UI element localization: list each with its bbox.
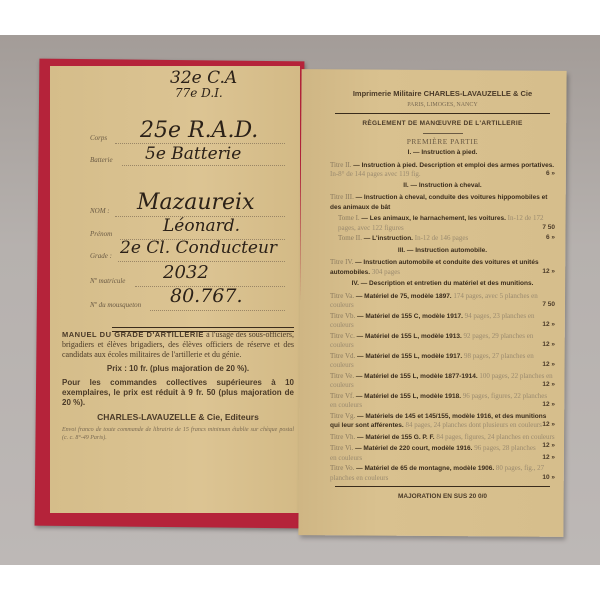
catalog-entry: Tome II. — L'instruction. In-12 de 146 p… <box>330 234 555 244</box>
header-rule <box>335 113 550 114</box>
field-value-grade: 2e Cl. Conducteur <box>120 238 277 258</box>
handwritten-corps-army: 32e C.A <box>170 68 237 88</box>
printer-cities: PARIS, LIMOGES, NANCY <box>330 101 555 110</box>
field-value-nom: Mazaureix <box>137 190 255 215</box>
section-heading: I. — Instruction à pied. <box>330 149 555 158</box>
field-label-matricule: Nº matricule <box>90 277 125 285</box>
section-heading: II. — Instruction à cheval. <box>330 182 555 191</box>
catalog-entry: Titre Vo. — Matériel de 65 de montagne, … <box>330 464 555 482</box>
footer-rule <box>335 486 550 487</box>
field-label-prenom: Prénom <box>90 230 112 238</box>
section-heading: IV. — Description et entretien du matéri… <box>330 280 555 289</box>
regulation-title: RÈGLEMENT DE MANŒUVRE DE L'ARTILLERIE <box>330 120 555 129</box>
field-label-nom: NOM : <box>90 207 110 215</box>
field-label-batterie: Batterie <box>90 156 113 164</box>
catalog-entry: Titre Vc. — Matériel de 155 L, modèle 19… <box>330 332 555 350</box>
catalog-entry: Titre Vf. — Matériel de 155 L, modèle 19… <box>330 392 555 410</box>
catalog-entry: Titre IV. — Instruction automobile et co… <box>330 258 555 277</box>
catalog-entry: Titre Vh. — Matériel de 155 G. P. F. 84 … <box>330 433 555 443</box>
field-label-mousqueton: Nº du mousqueton <box>90 301 141 309</box>
catalog-entry: Titre Vg. — Matériels de 145 et 145/155,… <box>330 412 555 431</box>
field-rule <box>122 165 285 166</box>
field-value-prenom: Léonard. <box>163 216 240 236</box>
field-value-mousqueton: 80.767. <box>170 285 243 307</box>
manual-advertisement: MANUEL DU GRADE D'ARTILLERIE à l'usage d… <box>62 330 294 446</box>
advert-title: MANUEL DU GRADE D'ARTILLERIE <box>62 330 204 339</box>
printer-name: Imprimerie Militaire CHARLES-LAVAUZELLE … <box>330 90 555 99</box>
catalog-entry: Titre Va. — Matériel de 75, modèle 1897.… <box>330 292 555 310</box>
field-value-corps: 25e R.A.D. <box>140 118 258 143</box>
advert-bulk-price: Pour les commandes collectives supérieur… <box>62 378 294 408</box>
catalog-entry: Titre Vd. — Matériel de 155 L, modèle 19… <box>330 352 555 370</box>
catalog-entry: Titre Vb. — Matériel de 155 C, modèle 19… <box>330 312 555 330</box>
field-label-corps: Corps <box>90 134 107 142</box>
field-value-batterie: 5e Batterie <box>145 144 241 164</box>
catalog-entry: Titre Vi. — Matériel de 220 court, modèl… <box>330 444 555 462</box>
field-value-matricule: 2032 <box>163 262 209 283</box>
catalog-entry: Titre II. — Instruction à pied. Descript… <box>330 161 555 179</box>
catalog-entry: Titre Ve. — Matériel de 155 L, modèle 18… <box>330 372 555 390</box>
advert-footnote: Envoi franco de toute commande de librai… <box>62 426 294 442</box>
field-label-grade: Grade : <box>90 252 112 260</box>
section-heading: III. — Instruction automobile. <box>330 247 555 256</box>
catalog-entry: Tome I. — Les animaux, le harnachement, … <box>330 214 555 232</box>
materiel-entries: Titre Va. — Matériel de 75, modèle 1897.… <box>330 292 555 483</box>
advert-price: Prix : 10 fr. (plus majoration de 20 %). <box>62 364 294 374</box>
right-page-content: Imprimerie Militaire CHARLES-LAVAUZELLE … <box>330 90 555 502</box>
advert-publisher: CHARLES-LAVAUZELLE & Cie, Editeurs <box>62 412 294 422</box>
part-heading: PREMIÈRE PARTIE <box>330 138 555 147</box>
field-rule <box>150 310 285 311</box>
handwritten-division: 77e D.I. <box>175 86 223 100</box>
title-rule <box>423 133 463 134</box>
catalog-entry: Titre III. — Instruction à cheval, condu… <box>330 193 555 212</box>
majoration-note: MAJORATION EN SUS 20 0/0 <box>330 493 555 502</box>
